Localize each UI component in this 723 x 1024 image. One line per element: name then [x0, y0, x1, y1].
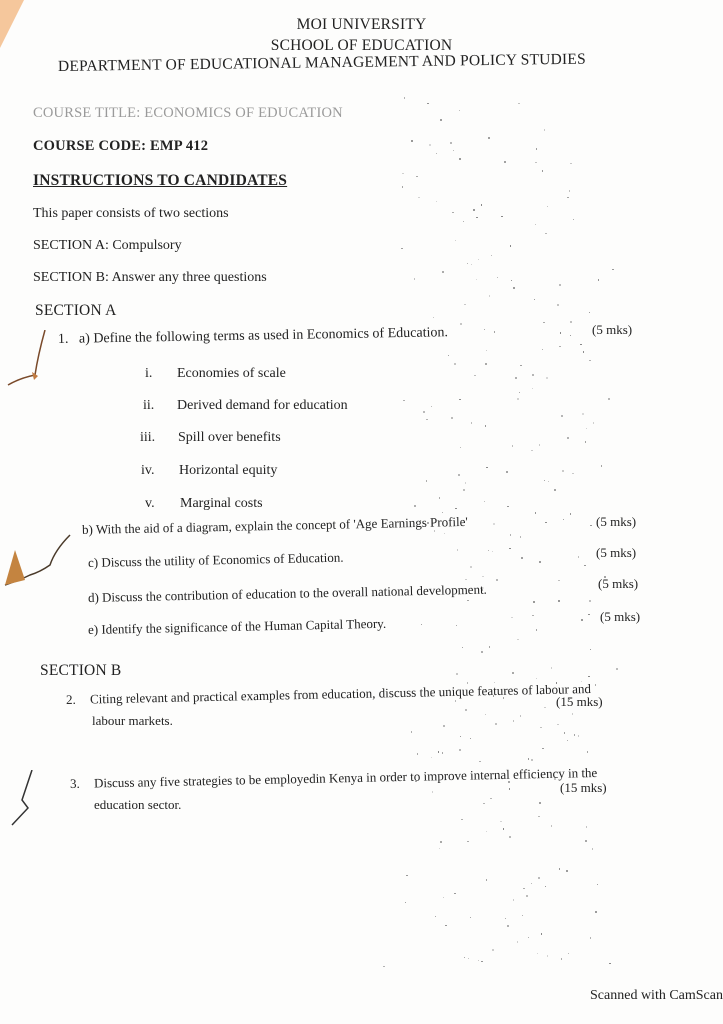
scanner-watermark: Scanned with CamScan — [590, 988, 723, 1004]
question-number: 1. — [58, 332, 69, 347]
paper-tear-mark — [0, 770, 40, 830]
term-numeral: iii. — [140, 430, 178, 446]
term-item: v.Marginal costs — [145, 496, 263, 512]
question-text: Discuss any five strategies to be employ… — [94, 765, 598, 791]
question-3-continuation: education sector. — [94, 797, 181, 813]
paper-tear-mark — [0, 330, 60, 390]
part-label: b) — [82, 522, 93, 537]
term-item: ii.Derived demand for education — [143, 398, 348, 414]
term-item: iv.Horizontal equity — [141, 463, 277, 479]
term-text: Spill over benefits — [178, 430, 281, 445]
course-title: COURSE TITLE: ECONOMICS OF EDUCATION — [33, 105, 343, 122]
question-2-continuation: labour markets. — [92, 713, 173, 729]
marks: (5 mks) — [600, 609, 640, 625]
term-numeral: ii. — [143, 398, 177, 414]
term-item: i.Economies of scale — [145, 366, 286, 382]
term-text: Horizontal equity — [179, 463, 277, 478]
part-text: Discuss the utility of Economics of Educ… — [101, 550, 344, 570]
marks: (15 mks) — [556, 694, 603, 710]
question-text: Citing relevant and practical examples f… — [90, 681, 591, 706]
question-number: 2. — [66, 691, 90, 707]
question-1d: d) Discuss the contribution of education… — [88, 582, 487, 606]
question-1c: c) Discuss the utility of Economics of E… — [88, 550, 344, 571]
part-label: c) — [88, 555, 98, 570]
part-text: With the aid of a diagram, explain the c… — [96, 514, 468, 537]
university-name: MOI UNIVERSITY — [0, 16, 723, 34]
instruction-item: SECTION A: Compulsory — [33, 238, 182, 254]
instruction-item: This paper consists of two sections — [33, 206, 229, 222]
term-numeral: v. — [145, 496, 180, 512]
term-item: iii.Spill over benefits — [140, 430, 281, 446]
term-numeral: i. — [145, 366, 177, 382]
marks: (5 mks) — [598, 576, 638, 592]
paper-tear-mark — [0, 530, 80, 600]
term-text: Marginal costs — [180, 496, 263, 511]
question-1b: b) With the aid of a diagram, explain th… — [82, 514, 468, 538]
part-text: Discuss the contribution of education to… — [102, 582, 487, 605]
part-text: Identify the significance of the Human C… — [101, 616, 386, 637]
marks: (15 mks) — [560, 780, 607, 796]
question-1e: e) Identify the significance of the Huma… — [88, 616, 386, 638]
part-label: e) — [88, 622, 98, 637]
instruction-item: SECTION B: Answer any three questions — [33, 270, 267, 286]
marks: (5 mks) — [596, 545, 636, 561]
term-text: Derived demand for education — [177, 398, 348, 413]
instructions-heading: INSTRUCTIONS TO CANDIDATES — [33, 172, 287, 190]
part-text: Define the following terms as used in Ec… — [93, 325, 448, 346]
section-b-heading: SECTION B — [40, 662, 121, 680]
section-a-heading: SECTION A — [35, 302, 116, 320]
term-text: Economies of scale — [177, 366, 286, 381]
question-3: 3.Discuss any five strategies to be empl… — [70, 765, 598, 792]
school-name: SCHOOL OF EDUCATION — [0, 37, 723, 55]
question-1a: 1. a) Define the following terms as used… — [58, 325, 448, 348]
marks: (5 mks) — [596, 514, 636, 530]
question-number: 3. — [70, 775, 94, 791]
term-numeral: iv. — [141, 463, 179, 479]
question-2: 2.Citing relevant and practical examples… — [66, 681, 591, 708]
course-code: COURSE CODE: EMP 412 — [33, 138, 208, 155]
part-label: a) — [79, 331, 90, 346]
part-label: d) — [88, 590, 99, 605]
marks: (5 mks) — [592, 322, 632, 338]
